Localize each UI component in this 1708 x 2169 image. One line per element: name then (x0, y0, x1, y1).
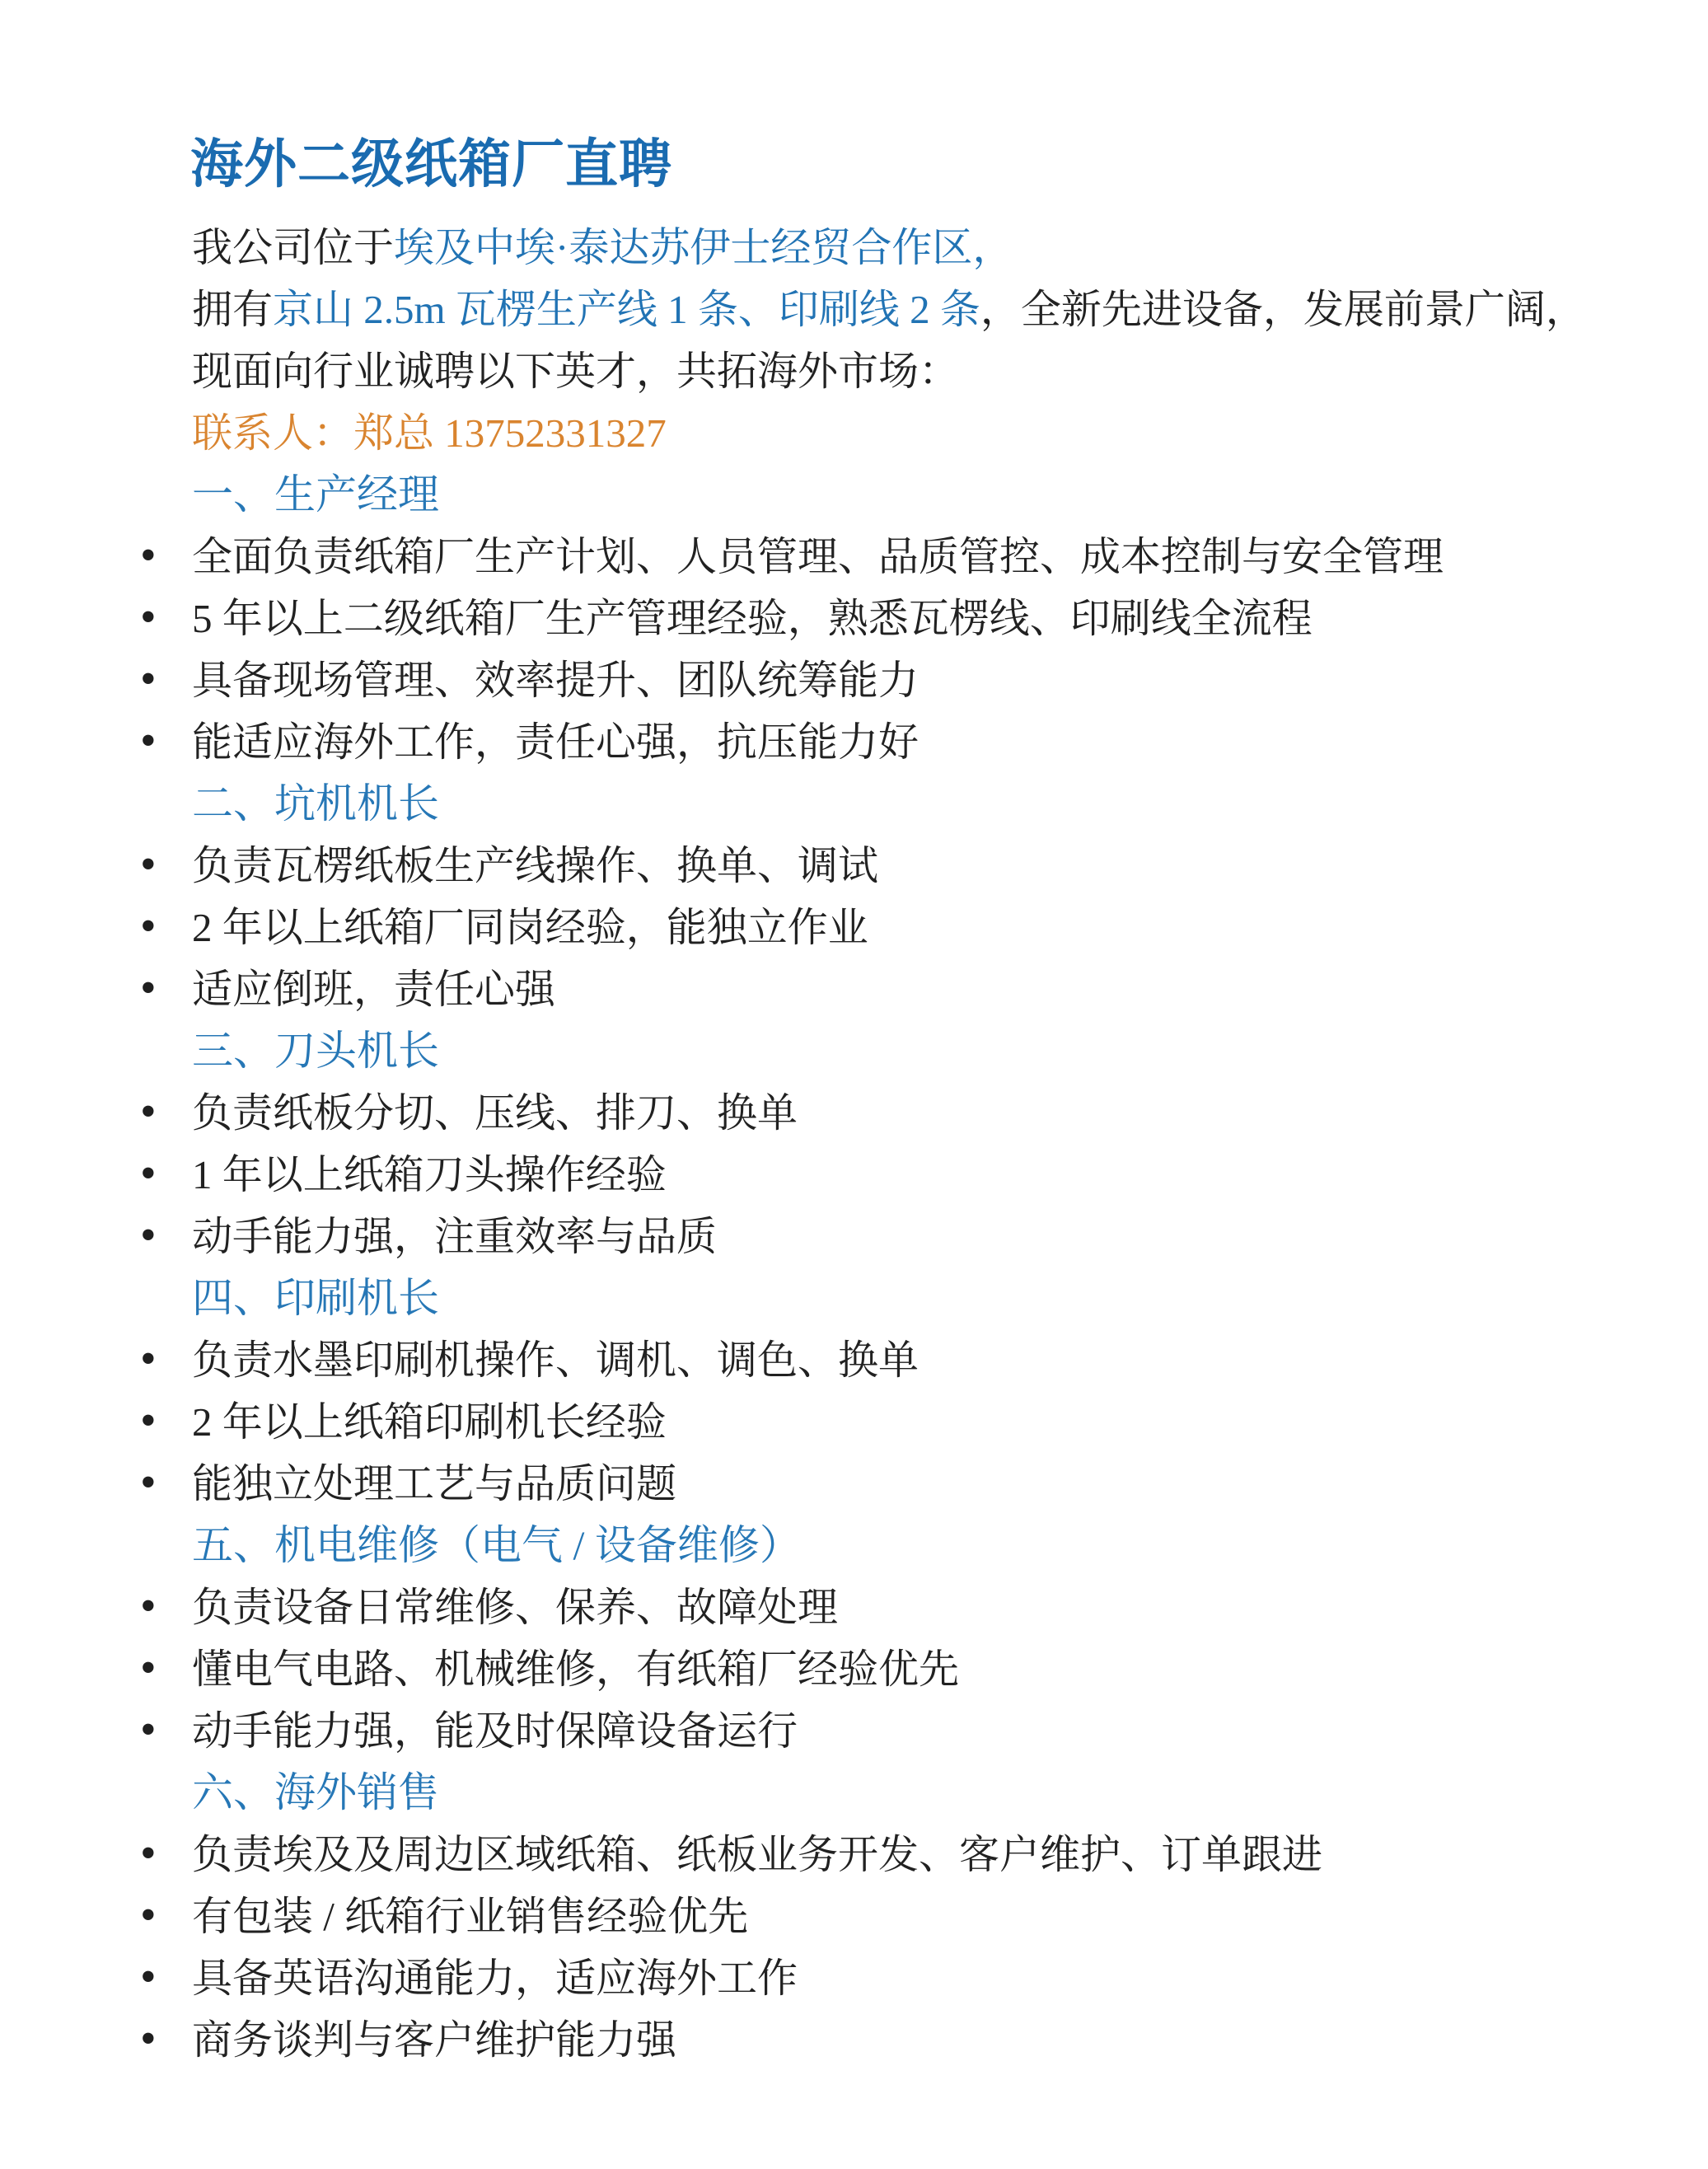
bullet-text: 适应倒班，责任心强 (192, 967, 555, 1012)
bullet-marker: • (140, 649, 157, 710)
job-requirement-item: •负责埃及及周边区域纸箱、纸板业务开发、客户维护、订单跟进 (138, 1824, 1613, 1886)
bullet-text: 具备英语沟通能力，适应海外工作 (192, 1956, 798, 2001)
bullet-text: 懂电气电路、机械维修，有纸箱厂经验优先 (192, 1647, 959, 1692)
bullet-text: 2 年以上纸箱印刷机长经验 (192, 1399, 667, 1445)
bullet-marker: • (140, 1700, 157, 1760)
job-requirement-item: •具备英语沟通能力，适应海外工作 (138, 1947, 1613, 2009)
bullet-text: 负责设备日常维修、保养、故障处理 (192, 1585, 838, 1630)
bullet-text: 能适应海外工作，责任心强，抗压能力好 (192, 719, 919, 765)
intro-line-2-highlight: 京山 2.5m 瓦楞生产线 1 条、印刷线 2 条 (273, 287, 980, 332)
job-requirement-item: •负责水墨印刷机操作、调机、调色、换单 (138, 1329, 1613, 1391)
bullet-marker: • (140, 1082, 157, 1142)
job-requirement-item: •懂电气电路、机械维修，有纸箱厂经验优先 (138, 1638, 1613, 1700)
bullet-marker: • (140, 588, 157, 648)
bullet-marker: • (140, 1824, 157, 1884)
bullet-marker: • (140, 897, 157, 957)
job-requirement-item: •商务谈判与客户维护能力强 (138, 2009, 1613, 2071)
bullet-marker: • (140, 1329, 157, 1389)
section-heading-4: 四、印刷机长 (138, 1267, 1613, 1329)
section-heading-5: 五、机电维修（电气 / 设备维修） (138, 1515, 1613, 1576)
document-body: 我公司位于埃及中埃·泰达苏伊士经贸合作区， 拥有京山 2.5m 瓦楞生产线 1 … (138, 217, 1613, 2071)
job-requirement-item: •动手能力强，注重效率与品质 (138, 1206, 1613, 1267)
job-requirement-item: •能适应海外工作，责任心强，抗压能力好 (138, 711, 1613, 773)
bullet-text: 动手能力强，注重效率与品质 (192, 1214, 717, 1259)
intro-line-1: 我公司位于埃及中埃·泰达苏伊士经贸合作区， (138, 217, 1613, 279)
bullet-text: 具备现场管理、效率提升、团队统筹能力 (192, 658, 919, 703)
bullet-marker: • (140, 1638, 157, 1698)
bullet-marker: • (140, 2009, 157, 2069)
contact-line: 联系人：郑总 13752331327 (138, 402, 1613, 464)
bullet-text: 负责埃及及周边区域纸箱、纸板业务开发、客户维护、订单跟进 (192, 1832, 1322, 1877)
job-requirement-item: •具备现场管理、效率提升、团队统筹能力 (138, 649, 1613, 711)
bullet-text: 动手能力强，能及时保障设备运行 (192, 1708, 798, 1754)
bullet-marker: • (140, 958, 157, 1019)
bullet-text: 5 年以上二级纸箱厂生产管理经验，熟悉瓦楞线、印刷线全流程 (192, 596, 1313, 641)
document-page: 海外二级纸箱厂直聘 我公司位于埃及中埃·泰达苏伊士经贸合作区， 拥有京山 2.5… (0, 0, 1708, 2169)
section-heading-3: 三、刀头机长 (138, 1020, 1613, 1082)
job-requirement-item: •2 年以上纸箱印刷机长经验 (138, 1391, 1613, 1453)
section-heading-1: 一、生产经理 (138, 464, 1613, 526)
bullet-text: 负责瓦楞纸板生产线操作、换单、调试 (192, 843, 878, 888)
section-heading-2: 二、坑机机长 (138, 773, 1613, 835)
bullet-marker: • (140, 711, 157, 771)
bullet-marker: • (140, 1576, 157, 1637)
bullet-text: 全面负责纸箱厂生产计划、人员管理、品质管控、成本控制与安全管理 (192, 534, 1444, 579)
bullet-text: 能独立处理工艺与品质问题 (192, 1461, 676, 1506)
job-requirement-item: •2 年以上纸箱厂同岗经验，能独立作业 (138, 897, 1613, 958)
bullet-text: 商务谈判与客户维护能力强 (192, 2017, 676, 2063)
job-requirement-item: •负责瓦楞纸板生产线操作、换单、调试 (138, 835, 1613, 897)
intro-line-1-text: 我公司位于 (192, 225, 394, 270)
intro-line-2-text-b: ，全新先进设备，发展前景广阔， (980, 287, 1586, 332)
bullet-text: 负责水墨印刷机操作、调机、调色、换单 (192, 1337, 919, 1383)
bullet-marker: • (140, 1453, 157, 1513)
job-requirement-item: •负责设备日常维修、保养、故障处理 (138, 1576, 1613, 1638)
intro-line-2: 拥有京山 2.5m 瓦楞生产线 1 条、印刷线 2 条，全新先进设备，发展前景广… (138, 279, 1613, 340)
intro-line-3: 现面向行业诚聘以下英才，共拓海外市场： (138, 340, 1613, 402)
bullet-marker: • (140, 1144, 157, 1204)
bullet-text: 有包装 / 纸箱行业销售经验优先 (192, 1894, 748, 1939)
job-requirement-item: •有包装 / 纸箱行业销售经验优先 (138, 1886, 1613, 1947)
job-requirement-item: •1 年以上纸箱刀头操作经验 (138, 1144, 1613, 1206)
bullet-marker: • (140, 1947, 157, 2007)
job-requirement-item: •5 年以上二级纸箱厂生产管理经验，熟悉瓦楞线、印刷线全流程 (138, 588, 1613, 649)
bullet-text: 2 年以上纸箱厂同岗经验，能独立作业 (192, 905, 868, 950)
intro-line-1-highlight: 埃及中埃·泰达苏伊士经贸合作区， (394, 225, 1013, 270)
bullet-marker: • (140, 526, 157, 586)
job-requirement-item: •负责纸板分切、压线、排刀、换单 (138, 1082, 1613, 1144)
bullet-marker: • (140, 835, 157, 895)
job-requirement-item: •能独立处理工艺与品质问题 (138, 1453, 1613, 1515)
page-title: 海外二级纸箱厂直聘 (190, 129, 672, 199)
bullet-text: 负责纸板分切、压线、排刀、换单 (192, 1090, 798, 1136)
bullet-text: 1 年以上纸箱刀头操作经验 (192, 1152, 667, 1197)
intro-line-2-text-a: 拥有 (192, 287, 273, 332)
bullet-marker: • (140, 1206, 157, 1266)
bullet-marker: • (140, 1886, 157, 1946)
section-heading-6: 六、海外销售 (138, 1762, 1613, 1824)
job-requirement-item: •适应倒班，责任心强 (138, 958, 1613, 1020)
job-requirement-item: •全面负责纸箱厂生产计划、人员管理、品质管控、成本控制与安全管理 (138, 526, 1613, 588)
bullet-marker: • (140, 1391, 157, 1451)
job-requirement-item: •动手能力强，能及时保障设备运行 (138, 1700, 1613, 1762)
